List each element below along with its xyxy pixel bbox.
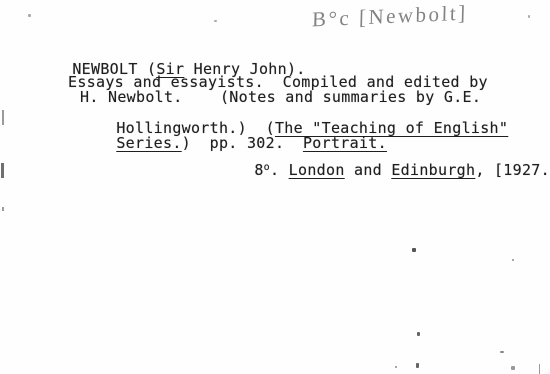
scan-speck	[412, 248, 416, 252]
body-line-2: H. Newbolt. (Notes and summaries by G.E.	[80, 89, 481, 105]
imprint-city-london: London	[289, 161, 345, 179]
series-word-underlined: Series.	[116, 134, 181, 152]
scan-edge-mark	[1, 163, 4, 178]
format-separator: .	[270, 161, 289, 179]
scan-edge-mark	[539, 364, 540, 374]
handwritten-shelfmark: B°c [Newbolt]	[312, 1, 468, 33]
imprint-line: 8o. London and Edinburgh, [1927.]	[217, 146, 550, 197]
imprint-year: , [1927.]	[475, 161, 550, 179]
scan-speck	[395, 366, 397, 368]
scan-speck	[417, 332, 420, 336]
scan-speck	[512, 259, 514, 261]
scan-edge-mark	[2, 110, 4, 125]
scan-speck	[214, 20, 217, 22]
scan-edge-mark	[2, 207, 4, 211]
format-numeral: 8	[254, 161, 263, 179]
scan-speck	[500, 351, 504, 353]
format-superscript-o: o	[264, 162, 270, 173]
imprint-city-edinburgh: Edinburgh	[391, 161, 475, 179]
scan-speck	[416, 363, 419, 368]
scan-speck	[511, 366, 515, 370]
imprint-conjunction: and	[345, 161, 392, 179]
scan-speck	[28, 14, 31, 17]
scan-speck	[528, 15, 530, 18]
catalog-card: B°c [Newbolt] NEWBOLT (Sir Henry John). …	[0, 0, 550, 374]
